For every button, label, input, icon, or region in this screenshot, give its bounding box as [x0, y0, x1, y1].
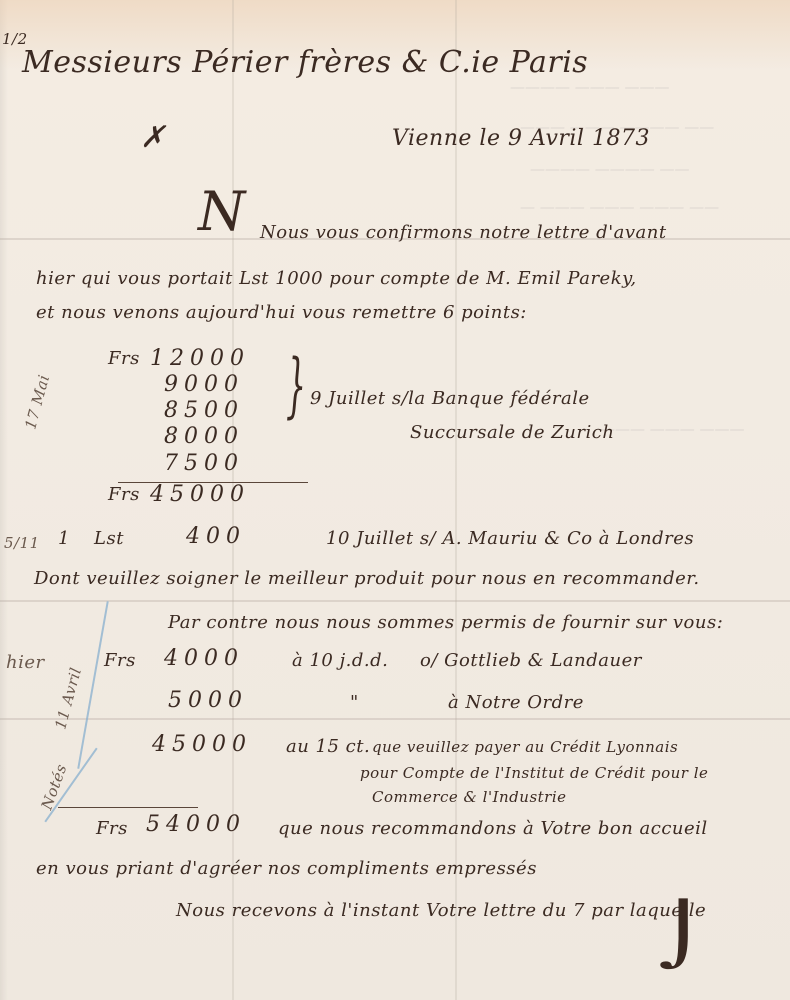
fold-line — [0, 600, 790, 602]
grand-total-text: que nous recommandons à Votre bon accuei… — [278, 818, 708, 839]
currency-label: Frs — [104, 650, 136, 671]
flourish-mark: ⌡ — [658, 900, 709, 970]
bill-beneficiary: o/ Gottlieb & Landauer — [420, 650, 642, 671]
bill-total: 45000 — [150, 482, 250, 507]
bill-amount: 8500 — [164, 398, 244, 423]
sterling-amount: 400 — [186, 524, 246, 549]
grand-total-label: Frs — [96, 818, 128, 839]
bleed-through: ———— ——— ——— — [510, 78, 670, 96]
margin-note: hier — [6, 652, 45, 673]
bill-amount: 5000 — [168, 688, 248, 713]
salutation: Messieurs Périer frères & C.ie Paris — [22, 45, 588, 80]
margin-note: 11 Avril — [51, 666, 85, 732]
drop-capital: N — [198, 180, 246, 243]
bill-beneficiary: que veuillez payer au Crédit Lyonnais — [372, 738, 678, 756]
bill-term: au 15 ct. — [286, 736, 370, 757]
sterling-prefix: 1 — [58, 528, 70, 549]
bill-detail: pour Compte de l'Institut de Crédit pour… — [360, 764, 708, 782]
bill-amount: 4000 — [164, 646, 244, 671]
bills-description-1: 9 Juillet s/la Banque fédérale — [310, 388, 590, 409]
opening-line-3: et nous venons aujourd'hui vous remettre… — [36, 302, 527, 323]
grand-total: 54000 — [146, 812, 246, 837]
margin-note: Notés — [38, 762, 71, 813]
intro-second: Par contre nous nous sommes permis de fo… — [168, 612, 723, 633]
margin-note: 5/11 — [4, 534, 40, 552]
sterling-currency: Lst — [94, 528, 124, 549]
postscript-line: Nous recevons à l'instant Votre lettre d… — [176, 900, 706, 921]
bill-amount: 12000 — [150, 346, 250, 371]
blue-pencil-mark — [77, 601, 108, 769]
bills-description-2: Succursale de Zurich — [410, 422, 614, 443]
letter-page: ———— ——— ——— ——— ——— ———— —— ———— ———— —… — [0, 0, 790, 1000]
cross-mark: ✗ — [140, 120, 166, 155]
opening-line-2: hier qui vous portait Lst 1000 pour comp… — [36, 268, 637, 289]
place-date: Vienne le 9 Avril 1873 — [392, 126, 650, 151]
bill-amount: 45000 — [152, 732, 252, 757]
margin-note: 17 Mai — [21, 373, 53, 432]
bill-amount: 9000 — [164, 372, 244, 397]
bill-term: à 10 j.d.d. — [292, 650, 388, 671]
sum-rule — [58, 807, 198, 808]
bleed-through: ———— ———— —— — [530, 160, 690, 178]
bleed-through: ——— ——— ——— — [600, 420, 745, 438]
currency-label: Frs — [108, 348, 140, 369]
bleed-through: — ——— ——— ——— —— — [520, 198, 719, 216]
request-line: Dont veuillez soigner le meilleur produi… — [34, 568, 700, 589]
bill-beneficiary: à Notre Ordre — [448, 692, 584, 713]
brace-icon: } — [286, 350, 306, 420]
sterling-description: 10 Juillet s/ A. Mauriu & Co à Londres — [326, 528, 694, 549]
opening-line-1: Nous vous confirmons notre lettre d'avan… — [260, 222, 667, 243]
fold-line — [0, 718, 790, 720]
bill-amount: 8000 — [164, 424, 244, 449]
closing-line: en vous priant d'agréer nos compliments … — [36, 858, 537, 879]
bill-term: " — [350, 692, 359, 713]
bill-amount: 7500 — [164, 451, 244, 476]
total-currency-label: Frs — [108, 484, 140, 505]
bill-detail: Commerce & l'Industrie — [372, 788, 567, 806]
